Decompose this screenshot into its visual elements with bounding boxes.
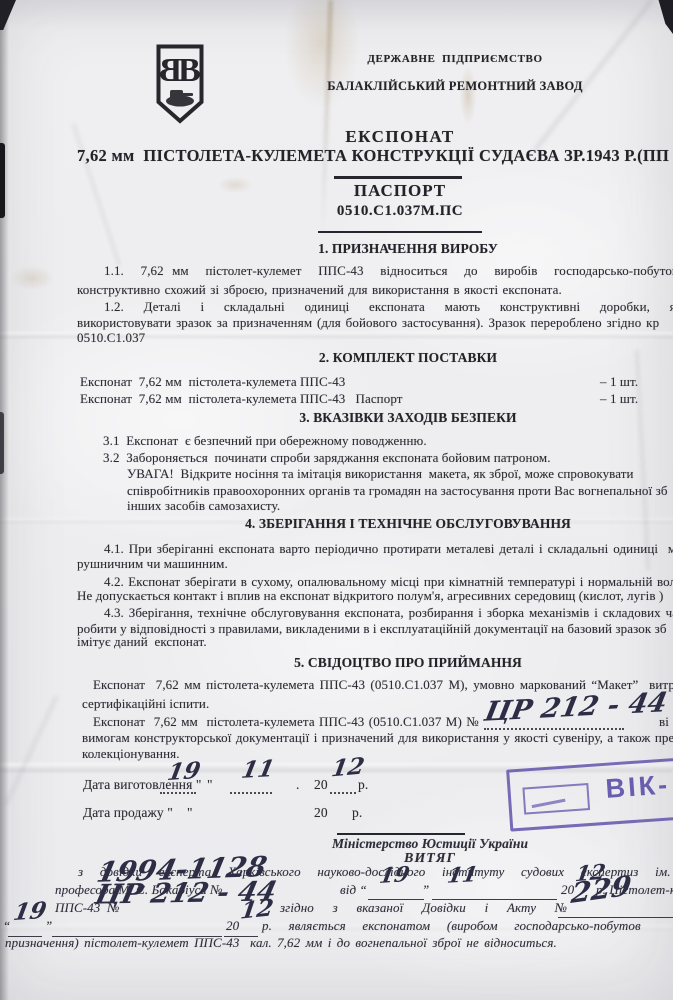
extract-line-mid: згідно з вказаної Довідки і Акту № [280,900,567,916]
safety-line: співробітників правоохоронних органів та… [127,483,668,499]
purpose-line: 0510.С1.037 [77,330,145,346]
storage-line: Не допускається контакт і вплив на експо… [77,588,663,604]
acceptance-line: Експонат 7,62 мм пістолета-кулемета ППС-… [93,677,673,693]
extract-month-handwritten: 11 [446,863,480,886]
stamp-dash-mark [532,799,566,808]
act-number-handwritten: 229 [570,872,633,908]
safety-line: інших засобів самозахисту. [127,498,280,514]
paper-crease-diag-bl [5,695,58,805]
purpose-line: 1.1. 7,62 мм пістолет-кулемет ППС-43 від… [104,263,673,279]
sale-quote-close: " [187,805,193,821]
scan-edge-dark-sliver-2 [0,412,4,474]
safety-line: 3.1 Експонат є безпечний при обережному … [103,433,427,449]
sale-date-label: Дата продажу " [83,805,173,821]
acceptance-line: Експонат 7,62 мм пістолета-кулемета ППС-… [93,714,479,730]
acceptance-line-cut: ві [659,714,669,730]
separator-above-section-1 [318,231,482,233]
purpose-line: конструктивно схожий зі зброєю, призначе… [77,282,562,298]
storage-line: 4.1. При зберіганні експоната варто пері… [104,541,673,557]
stamp-inner-box [522,783,590,815]
scan-corner-dark-tl [0,0,16,30]
extract-year2-prefix: 20 [226,918,239,934]
factory-logo-icon: В В [156,44,204,124]
section-3-title: 3. ВКАЗІВКИ ЗАХОДІВ БЕЗПЕКИ [75,410,673,426]
manufacture-quote-close: " [207,777,213,793]
ministry-name: Міністерство Юстиції України [290,836,570,852]
delivery-item-name: Експонат 7,62 мм пістолета-кулемета ППС-… [80,391,403,407]
sale-year-prefix: 20 [314,805,328,821]
scan-corner-dark-tr [656,0,673,34]
exhibit-label: ЕКСПОНАТ [70,127,673,147]
date-dot: . [296,777,299,793]
manufacture-year-prefix: 20 [314,777,328,793]
manufacture-day-handwritten: 19 [166,759,203,784]
delivery-item-qty: – 1 шт. [600,374,638,390]
manufacture-year-suffix: р. [358,777,368,793]
delivery-item-qty: – 1 шт. [600,391,638,407]
acceptance-line: вимогам конструкторської документації і … [82,730,673,746]
extract-line-post: р. являється експонатом (виробом господа… [262,918,641,934]
purpose-line: 1.2. Деталі і складальні одиниці експона… [104,299,673,315]
extract-day2-handwritten: 19 [12,899,49,924]
section-4-title: 4. ЗБЕРІГАННЯ І ТЕХНІЧНЕ ОБСЛУГОВУВАННЯ [75,516,673,532]
extract-day-handwritten: 19 [378,863,411,886]
safety-line: 3.2 Забороняється починати спроби зарядж… [103,450,551,466]
acceptance-line: колекціонування. [82,746,180,762]
manufacture-month-handwritten: 11 [240,757,277,782]
section-5-title: 5. СВІДОЦТВО ПРО ПРИЙМАННЯ [75,655,673,671]
ink-stamp: ВІК- [506,754,673,831]
extract-from-word: від “ [340,882,367,898]
day-dotted-field [160,792,196,794]
scan-edge-dark-sliver-1 [0,143,5,218]
scan-left-edge-shadow [0,0,9,1000]
storage-line: 4.3. Зберігання, технічне обслуговування… [104,605,673,621]
logo-vehicle-icon [166,90,194,107]
extract-line: призначення) пістолет-кулемет ППС-43 кал… [5,935,557,951]
delivery-item-name: Експонат 7,62 мм пістолета-кулемета ППС-… [80,374,345,390]
serial-number-handwritten: ЦР 212 - 44 [482,689,669,725]
logo-monogram-left: В [159,52,182,89]
storage-line: імітує даний експонат. [77,634,207,650]
exhibit-title: 7,62 мм ПІСТОЛЕТА-КУЛЕМЕТА КОНСТРУКЦІЇ С… [77,146,669,166]
sale-year-suffix: р. [352,805,362,821]
separator-above-ministry [337,833,465,835]
separator-above-passport [334,176,462,179]
scanned-passport-document: В В ДЕРЖАВНЕ ПІДПРИЄМСТВО БАЛАКЛІЙСЬКИЙ … [0,0,673,1000]
stamp-text: ВІК- [605,769,671,804]
extract-quote-open: “ [3,918,10,934]
month-dotted-field [230,792,272,794]
doc-code: 0510.С1.037М.ПС [70,203,673,220]
org-type: ДЕРЖАВНЕ ПІДПРИЄМСТВО [330,53,580,65]
purpose-line: використовувати зразок за призначенням (… [77,315,659,331]
acceptance-line: сертифікаційні іспити. [82,696,209,712]
doc-type: ПАСПОРТ [70,181,673,201]
safety-line: УВАГА! Відкрите носіння та імітація вико… [127,466,634,482]
year-dotted-field [330,792,356,794]
org-name: БАЛАКЛІЙСЬКИЙ РЕМОНТНИЙ ЗАВОД [310,79,600,94]
extract-quote-close2: ” [45,918,52,934]
storage-line: рушничним чи машинним. [77,556,228,572]
section-1-title: 1. ПРИЗНАЧЕННЯ ВИРОБУ [75,241,673,257]
extract-quote-close: ” [422,882,429,898]
section-2-title: 2. КОМПЛЕКТ ПОСТАВКИ [75,350,673,366]
